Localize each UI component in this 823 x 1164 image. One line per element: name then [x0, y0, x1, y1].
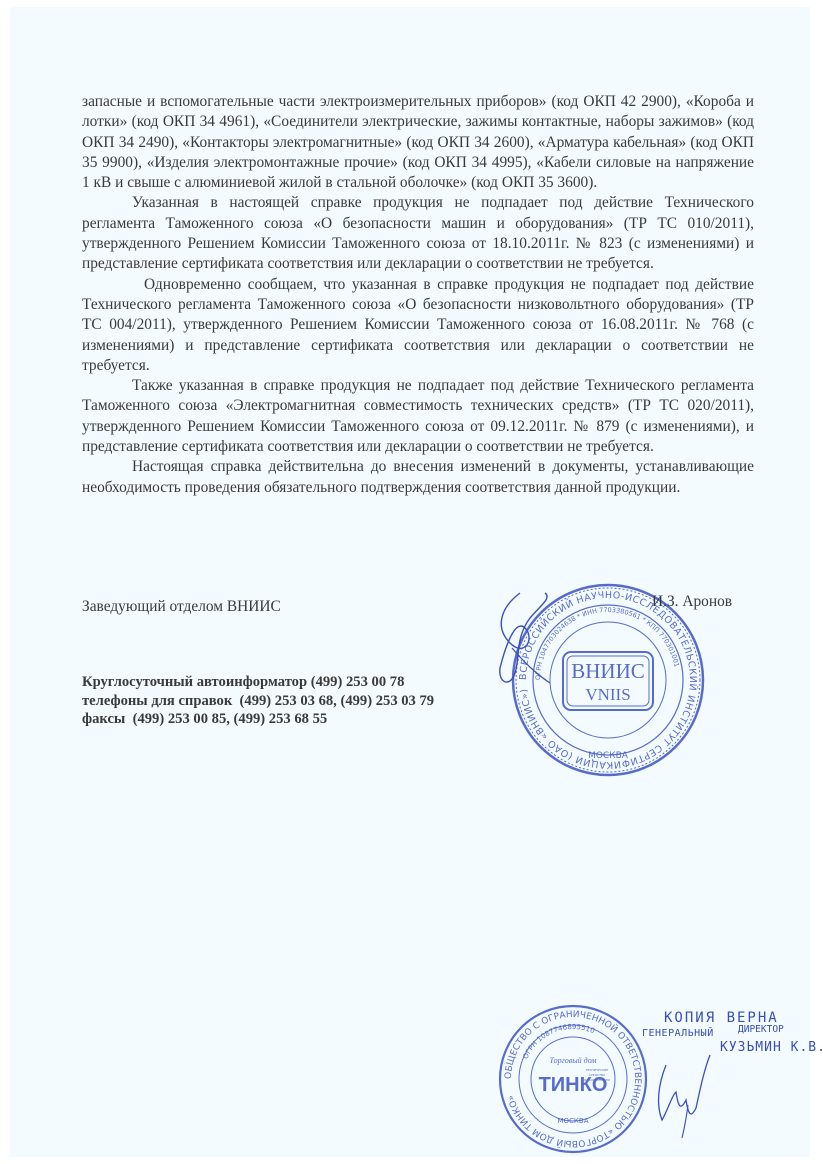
- copy-role-general: ГЕНЕРАЛЬНЫЙ: [642, 1028, 714, 1039]
- tinko-stamp-icon: ОБЩЕСТВО С ОГРАНИЧЕННОЙ ОТВЕТСТВЕННОСТЬЮ…: [497, 1003, 649, 1155]
- contact-faxes: факсы (499) 253 00 85, (499) 253 68 55: [82, 710, 434, 729]
- copy-role-director: ДИРЕКТОР: [738, 1024, 784, 1035]
- copy-director-name: КУЗЬМИН К.В.: [720, 1040, 823, 1055]
- kuzmin-signature-icon: [648, 1050, 718, 1140]
- svg-text:VNIIS: VNIIS: [585, 685, 630, 704]
- paragraph-validity: Настоящая справка действительна до внесе…: [82, 457, 754, 498]
- paragraph-low-voltage-regulation: Одновременно сообщаем, что указанная в с…: [82, 275, 754, 376]
- svg-text:БЕЗОПАСНОСТИ: БЕЗОПАСНОСТИ: [584, 1078, 609, 1082]
- document-body: запасные и вспомогательные части электро…: [82, 92, 754, 498]
- paragraph-machinery-regulation: Указанная в настоящей справке продукция …: [82, 193, 754, 274]
- svg-text:СРЕДСТВА: СРЕДСТВА: [589, 1073, 606, 1077]
- contact-autoinformer: Круглосуточный автоинформатор (499) 253 …: [82, 673, 434, 692]
- signer-name: И.З. Аронов: [652, 593, 732, 611]
- svg-text:ТЕХНИЧЕСКИЕ: ТЕХНИЧЕСКИЕ: [585, 1068, 609, 1072]
- svg-text:Торговый дом: Торговый дом: [549, 1056, 596, 1065]
- contact-phones: телефоны для справок (499) 253 03 68, (4…: [82, 692, 434, 711]
- contacts-block: Круглосуточный автоинформатор (499) 253 …: [82, 673, 434, 729]
- paragraph-product-list: запасные и вспомогательные части электро…: [82, 92, 754, 193]
- svg-text:МОСКВА: МОСКВА: [558, 1117, 589, 1125]
- svg-text:ВНИИС: ВНИИС: [571, 659, 645, 683]
- svg-text:МОСКВА: МОСКВА: [588, 751, 629, 761]
- aronov-signature-icon: [490, 588, 560, 698]
- signer-position: Заведующий отделом ВНИИС: [82, 598, 281, 616]
- paragraph-emc-regulation: Также указанная в справке продукция не п…: [82, 376, 754, 457]
